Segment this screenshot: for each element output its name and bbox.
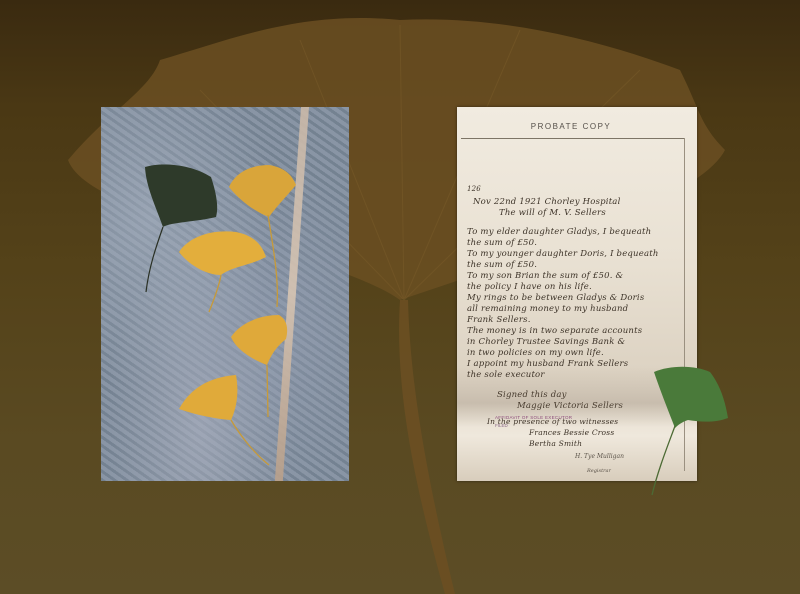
will-line: To my younger daughter Doris, I bequeath — [467, 249, 659, 259]
will-line: 126 — [467, 185, 481, 193]
header-rule — [461, 138, 685, 139]
will-line: in two policies on my own life. — [467, 348, 604, 358]
will-line: the sum of £50. — [467, 260, 537, 270]
will-line: My rings to be between Gladys & Doris — [467, 293, 644, 303]
yellow-ginkgo-leaf-4 — [179, 375, 269, 465]
yellow-ginkgo-leaf-3 — [231, 315, 287, 417]
will-line: the sum of £50. — [467, 238, 537, 248]
will-line: Frank Sellers. — [467, 315, 531, 325]
stamp-text: AFFIDAVIT OF SOLE EXECUTOR — [495, 415, 572, 420]
will-line: in Chorley Trustee Savings Bank & — [467, 337, 625, 347]
witness-name: Frances Bessie Cross — [529, 428, 614, 437]
official-title: Registrar — [587, 468, 611, 474]
official-signature: H. Tye Mulligan — [575, 453, 624, 460]
yellow-ginkgo-leaf-2 — [179, 231, 266, 312]
document-title: PROBATE COPY — [457, 122, 685, 131]
ginkgo-leaves-group — [101, 107, 349, 481]
green-ginkgo-leaf — [640, 360, 740, 500]
will-line: Nov 22nd 1921 Chorley Hospital — [473, 197, 621, 207]
will-line: To my son Brian the sum of £50. & — [467, 271, 623, 281]
will-line: The money is in two separate accounts — [467, 326, 642, 336]
witness-name: Bertha Smith — [529, 439, 582, 448]
stamp-filed: FILED — [495, 423, 508, 428]
will-line: To my elder daughter Gladys, I bequeath — [467, 227, 651, 237]
will-line: the policy I have on his life. — [467, 282, 592, 292]
will-line: all remaining money to my husband — [467, 304, 628, 314]
will-line: The will of M. V. Sellers — [499, 208, 606, 218]
stone-panel — [101, 107, 349, 481]
dark-ginkgo-leaf — [145, 164, 217, 292]
